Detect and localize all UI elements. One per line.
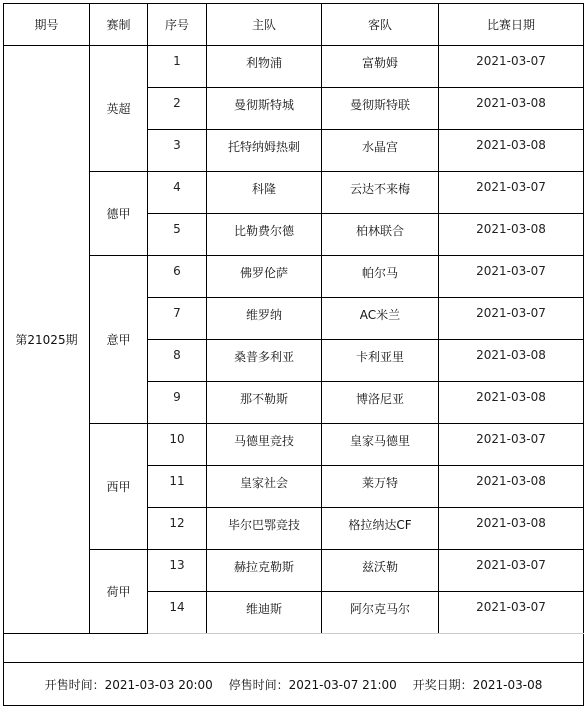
header-seq: 序号: [148, 4, 207, 46]
footer-cell: 开售时间：2021-03-03 20:00 停售时间：2021-03-07 21…: [4, 663, 584, 706]
empty-cell: [4, 634, 584, 663]
period-cell: 第21025期: [4, 46, 90, 634]
away-team-cell: 皇家马德里: [322, 424, 439, 466]
draw-date-label: 开奖日期：: [413, 678, 473, 692]
seq-cell: 9: [148, 382, 207, 424]
sale-stop-value: 2021-03-07 21:00: [289, 678, 397, 692]
seq-cell: 12: [148, 508, 207, 550]
table-row: 第21025期 英超 1 利物浦 富勒姆 2021-03-07: [4, 46, 584, 88]
home-team-cell: 曼彻斯特城: [207, 88, 322, 130]
home-team-cell: 维罗纳: [207, 298, 322, 340]
home-team-cell: 佛罗伦萨: [207, 256, 322, 298]
sale-stop: 停售时间：2021-03-07 21:00: [229, 676, 397, 693]
away-team-cell: 富勒姆: [322, 46, 439, 88]
header-home: 主队: [207, 4, 322, 46]
seq-cell: 7: [148, 298, 207, 340]
league-cell: 德甲: [90, 172, 148, 256]
table-row: 意甲 6 佛罗伦萨 帕尔马 2021-03-07: [4, 256, 584, 298]
match-date-cell: 2021-03-07: [439, 550, 584, 592]
match-date-cell: 2021-03-08: [439, 130, 584, 172]
away-team-cell: 博洛尼亚: [322, 382, 439, 424]
match-date-cell: 2021-03-08: [439, 340, 584, 382]
match-date-cell: 2021-03-08: [439, 466, 584, 508]
away-team-cell: 帕尔马: [322, 256, 439, 298]
away-team-cell: 水晶宫: [322, 130, 439, 172]
away-team-cell: 兹沃勒: [322, 550, 439, 592]
match-schedule-table: 期号 赛制 序号 主队 客队 比赛日期 第21025期 英超 1 利物浦 富勒姆…: [3, 3, 584, 706]
seq-cell: 11: [148, 466, 207, 508]
home-team-cell: 毕尔巴鄂竞技: [207, 508, 322, 550]
away-team-cell: 柏林联合: [322, 214, 439, 256]
match-date-cell: 2021-03-07: [439, 46, 584, 88]
header-away: 客队: [322, 4, 439, 46]
match-date-cell: 2021-03-08: [439, 214, 584, 256]
home-team-cell: 桑普多利亚: [207, 340, 322, 382]
away-team-cell: 阿尔克马尔: [322, 592, 439, 634]
away-team-cell: 莱万特: [322, 466, 439, 508]
match-date-cell: 2021-03-07: [439, 172, 584, 214]
sale-start-value: 2021-03-03 20:00: [105, 678, 213, 692]
seq-cell: 6: [148, 256, 207, 298]
league-cell: 西甲: [90, 424, 148, 550]
table-row: 荷甲 13 赫拉克勒斯 兹沃勒 2021-03-07: [4, 550, 584, 592]
seq-cell: 8: [148, 340, 207, 382]
away-team-cell: 卡利亚里: [322, 340, 439, 382]
draw-date-value: 2021-03-08: [473, 678, 543, 692]
home-team-cell: 马德里竞技: [207, 424, 322, 466]
league-cell: 英超: [90, 46, 148, 172]
home-team-cell: 托特纳姆热刺: [207, 130, 322, 172]
seq-cell: 13: [148, 550, 207, 592]
match-date-cell: 2021-03-08: [439, 88, 584, 130]
header-league: 赛制: [90, 4, 148, 46]
footer-row: 开售时间：2021-03-03 20:00 停售时间：2021-03-07 21…: [4, 663, 584, 706]
match-date-cell: 2021-03-08: [439, 382, 584, 424]
home-team-cell: 比勒费尔德: [207, 214, 322, 256]
home-team-cell: 那不勒斯: [207, 382, 322, 424]
match-date-cell: 2021-03-07: [439, 298, 584, 340]
table-row: 西甲 10 马德里竞技 皇家马德里 2021-03-07: [4, 424, 584, 466]
league-cell: 荷甲: [90, 550, 148, 634]
seq-cell: 14: [148, 592, 207, 634]
away-team-cell: 云达不来梅: [322, 172, 439, 214]
league-cell: 意甲: [90, 256, 148, 424]
away-team-cell: 曼彻斯特联: [322, 88, 439, 130]
header-date: 比赛日期: [439, 4, 584, 46]
seq-cell: 10: [148, 424, 207, 466]
seq-cell: 2: [148, 88, 207, 130]
draw-date: 开奖日期：2021-03-08: [413, 676, 543, 693]
home-team-cell: 赫拉克勒斯: [207, 550, 322, 592]
seq-cell: 3: [148, 130, 207, 172]
header-period: 期号: [4, 4, 90, 46]
sale-start-label: 开售时间：: [45, 678, 105, 692]
match-date-cell: 2021-03-07: [439, 256, 584, 298]
sale-start: 开售时间：2021-03-03 20:00: [45, 676, 213, 693]
empty-row: [4, 634, 584, 663]
sale-stop-label: 停售时间：: [229, 678, 289, 692]
table-row: 德甲 4 科隆 云达不来梅 2021-03-07: [4, 172, 584, 214]
seq-cell: 4: [148, 172, 207, 214]
home-team-cell: 科隆: [207, 172, 322, 214]
home-team-cell: 皇家社会: [207, 466, 322, 508]
seq-cell: 1: [148, 46, 207, 88]
away-team-cell: 格拉纳达CF: [322, 508, 439, 550]
header-row: 期号 赛制 序号 主队 客队 比赛日期: [4, 4, 584, 46]
match-date-cell: 2021-03-08: [439, 508, 584, 550]
match-date-cell: 2021-03-07: [439, 424, 584, 466]
home-team-cell: 维迪斯: [207, 592, 322, 634]
away-team-cell: AC米兰: [322, 298, 439, 340]
seq-cell: 5: [148, 214, 207, 256]
home-team-cell: 利物浦: [207, 46, 322, 88]
match-date-cell: 2021-03-07: [439, 592, 584, 634]
